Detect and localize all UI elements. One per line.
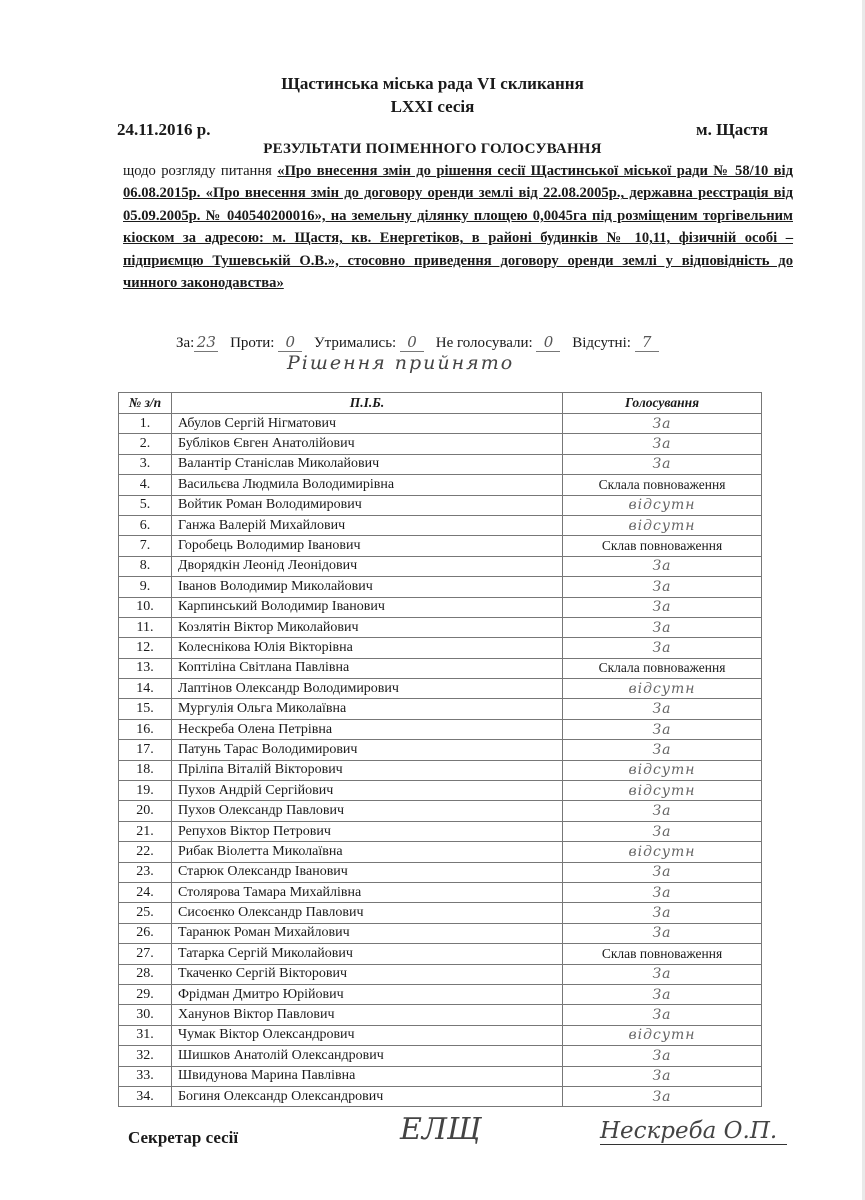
member-name: Старюк Олександр Іванович — [172, 862, 563, 882]
row-number: 13. — [119, 658, 172, 678]
table-row: 12.Колеснікова Юлія ВікторівнаЗа — [119, 638, 762, 658]
subject-paragraph: щодо розгляду питання «Про внесення змін… — [123, 160, 793, 294]
member-vote: За — [563, 1046, 762, 1066]
member-name: Чумак Віктор Олександрович — [172, 1025, 563, 1045]
member-name: Пріліпа Віталій Вікторович — [172, 760, 563, 780]
row-number: 34. — [119, 1086, 172, 1106]
member-vote: За — [563, 577, 762, 597]
row-number: 20. — [119, 801, 172, 821]
col-vote: Голосування — [563, 393, 762, 414]
member-vote: відсутн — [563, 679, 762, 699]
row-number: 12. — [119, 638, 172, 658]
member-vote: За — [563, 699, 762, 719]
row-number: 14. — [119, 679, 172, 699]
member-name: Іванов Володимир Миколайович — [172, 577, 563, 597]
table-row: 22.Рибак Віолетта Миколаївнавідсутн — [119, 842, 762, 862]
table-row: 30.Ханунов Віктор ПавловичЗа — [119, 1005, 762, 1025]
table-row: 9.Іванов Володимир МиколайовичЗа — [119, 577, 762, 597]
row-number: 32. — [119, 1046, 172, 1066]
row-number: 33. — [119, 1066, 172, 1086]
table-row: 21.Репухов Віктор ПетровичЗа — [119, 821, 762, 841]
abstained-value: 0 — [400, 333, 424, 352]
member-vote: відсутн — [563, 760, 762, 780]
member-name: Лаптінов Олександр Володимирович — [172, 679, 563, 699]
member-name: Фрідман Дмитро Юрійович — [172, 984, 563, 1004]
table-row: 6.Ганжа Валерій Михайловичвідсутн — [119, 515, 762, 535]
member-vote: За — [563, 984, 762, 1004]
table-row: 33.Швидунова Марина ПавлівнаЗа — [119, 1066, 762, 1086]
member-name: Столярова Тамара Михайлівна — [172, 882, 563, 902]
table-row: 4.Васильєва Людмила ВолодимирівнаСклала … — [119, 475, 762, 495]
member-name: Бубліков Євген Анатолійович — [172, 434, 563, 454]
row-number: 7. — [119, 536, 172, 556]
row-number: 19. — [119, 781, 172, 801]
against-label: Проти: — [230, 335, 274, 351]
member-name: Абулов Сергій Нігматович — [172, 414, 563, 434]
member-vote: За — [563, 1005, 762, 1025]
table-row: 3.Валантір Станіслав МиколайовичЗа — [119, 454, 762, 474]
document-title: РЕЗУЛЬТАТИ ПОІМЕННОГО ГОЛОСУВАННЯ — [0, 141, 865, 158]
row-number: 17. — [119, 740, 172, 760]
member-name: Репухов Віктор Петрович — [172, 821, 563, 841]
member-vote: Склала повноваження — [563, 658, 762, 678]
member-vote: відсутн — [563, 1025, 762, 1045]
not-voted-label: Не голосували: — [436, 335, 533, 351]
row-number: 26. — [119, 923, 172, 943]
member-vote: За — [563, 638, 762, 658]
table-row: 14.Лаптінов Олександр Володимировичвідсу… — [119, 679, 762, 699]
member-name: Карпинський Володимир Іванович — [172, 597, 563, 617]
table-row: 7.Горобець Володимир ІвановичСклав повно… — [119, 536, 762, 556]
row-number: 10. — [119, 597, 172, 617]
member-name: Коптіліна Світлана Павлівна — [172, 658, 563, 678]
vote-table: № з/п П.І.Б. Голосування 1.Абулов Сергій… — [118, 392, 762, 1107]
member-name: Ханунов Віктор Павлович — [172, 1005, 563, 1025]
member-name: Патунь Тарас Володимирович — [172, 740, 563, 760]
member-name: Горобець Володимир Іванович — [172, 536, 563, 556]
table-row: 20.Пухов Олександр ПавловичЗа — [119, 801, 762, 821]
session-title: LXXI сесія — [0, 97, 865, 117]
absent-value: 7 — [635, 333, 659, 352]
col-name: П.І.Б. — [172, 393, 563, 414]
row-number: 16. — [119, 719, 172, 739]
member-name: Богиня Олександр Олександрович — [172, 1086, 563, 1106]
table-row: 8.Дворядкін Леонід ЛеонідовичЗа — [119, 556, 762, 576]
member-vote: Склав повноваження — [563, 536, 762, 556]
table-row: 1.Абулов Сергій НігматовичЗа — [119, 414, 762, 434]
member-vote: відсутн — [563, 842, 762, 862]
member-name: Татарка Сергій Миколайович — [172, 944, 563, 964]
absent-label: Відсутні: — [572, 335, 631, 351]
member-vote: За — [563, 740, 762, 760]
member-name: Дворядкін Леонід Леонідович — [172, 556, 563, 576]
member-vote: За — [563, 964, 762, 984]
table-row: 16.Нескреба Олена ПетрівнаЗа — [119, 719, 762, 739]
member-vote: За — [563, 556, 762, 576]
member-vote: За — [563, 903, 762, 923]
member-vote: За — [563, 882, 762, 902]
member-vote: За — [563, 434, 762, 454]
row-number: 21. — [119, 821, 172, 841]
row-number: 28. — [119, 964, 172, 984]
vote-totals: За:23 Проти: 0 Утримались: 0 Не голосува… — [176, 333, 667, 352]
row-number: 1. — [119, 414, 172, 434]
row-number: 4. — [119, 475, 172, 495]
member-vote: За — [563, 414, 762, 434]
member-vote: За — [563, 1066, 762, 1086]
member-name: Ткаченко Сергій Вікторович — [172, 964, 563, 984]
table-row: 34.Богиня Олександр ОлександровичЗа — [119, 1086, 762, 1106]
row-number: 23. — [119, 862, 172, 882]
table-row: 23.Старюк Олександр ІвановичЗа — [119, 862, 762, 882]
row-number: 25. — [119, 903, 172, 923]
row-number: 30. — [119, 1005, 172, 1025]
row-number: 5. — [119, 495, 172, 515]
table-row: 19.Пухов Андрій Сергійовичвідсутн — [119, 781, 762, 801]
table-row: 26.Таранюк Роман МихайловичЗа — [119, 923, 762, 943]
secretary-signature: ЕЛЩ — [400, 1112, 481, 1147]
table-row: 5.Войтик Роман Володимировичвідсутн — [119, 495, 762, 515]
member-vote: За — [563, 597, 762, 617]
row-number: 15. — [119, 699, 172, 719]
subject-intro: щодо розгляду питання — [123, 163, 277, 179]
member-vote: За — [563, 617, 762, 637]
table-row: 32.Шишков Анатолій ОлександровичЗа — [119, 1046, 762, 1066]
document-city: м. Щастя — [696, 120, 768, 140]
council-title: Щастинська міська рада VI скликання — [0, 74, 865, 94]
member-vote: За — [563, 862, 762, 882]
secretary-name-handwritten: Нескреба О.П. — [600, 1118, 787, 1145]
subject-text: «Про внесення змін до рішення сесії Щаст… — [123, 163, 793, 291]
table-row: 31.Чумак Віктор Олександровичвідсутн — [119, 1025, 762, 1045]
member-name: Пухов Андрій Сергійович — [172, 781, 563, 801]
row-number: 18. — [119, 760, 172, 780]
row-number: 8. — [119, 556, 172, 576]
for-label: За: — [176, 335, 194, 351]
member-name: Васильєва Людмила Володимирівна — [172, 475, 563, 495]
row-number: 2. — [119, 434, 172, 454]
table-row: 11.Козлятін Віктор МиколайовичЗа — [119, 617, 762, 637]
abstained-label: Утримались: — [314, 335, 396, 351]
row-number: 6. — [119, 515, 172, 535]
row-number: 27. — [119, 944, 172, 964]
for-value: 23 — [194, 333, 218, 352]
member-name: Рибак Віолетта Миколаївна — [172, 842, 563, 862]
member-name: Таранюк Роман Михайлович — [172, 923, 563, 943]
table-row: 24.Столярова Тамара МихайлівнаЗа — [119, 882, 762, 902]
member-name: Мургулія Ольга Миколаївна — [172, 699, 563, 719]
against-value: 0 — [278, 333, 302, 352]
decision-handwritten: Рішення прийнято — [287, 352, 514, 374]
row-number: 11. — [119, 617, 172, 637]
table-row: 15.Мургулія Ольга МиколаївнаЗа — [119, 699, 762, 719]
table-row: 10.Карпинський Володимир ІвановичЗа — [119, 597, 762, 617]
member-vote: Склала повноваження — [563, 475, 762, 495]
member-vote: відсутн — [563, 495, 762, 515]
row-number: 22. — [119, 842, 172, 862]
table-header-row: № з/п П.І.Б. Голосування — [119, 393, 762, 414]
table-row: 28.Ткаченко Сергій ВікторовичЗа — [119, 964, 762, 984]
table-row: 13.Коптіліна Світлана ПавлівнаСклала пов… — [119, 658, 762, 678]
member-vote: відсутн — [563, 781, 762, 801]
table-row: 29.Фрідман Дмитро ЮрійовичЗа — [119, 984, 762, 1004]
col-number: № з/п — [119, 393, 172, 414]
table-row: 18.Пріліпа Віталій Вікторовичвідсутн — [119, 760, 762, 780]
member-name: Сисоєнко Олександр Павлович — [172, 903, 563, 923]
member-name: Ганжа Валерій Михайлович — [172, 515, 563, 535]
not-voted-value: 0 — [536, 333, 560, 352]
member-name: Колеснікова Юлія Вікторівна — [172, 638, 563, 658]
secretary-label: Секретар сесії — [128, 1128, 238, 1148]
row-number: 9. — [119, 577, 172, 597]
row-number: 24. — [119, 882, 172, 902]
member-vote: За — [563, 1086, 762, 1106]
member-vote: Склав повноваження — [563, 944, 762, 964]
row-number: 31. — [119, 1025, 172, 1045]
member-vote: За — [563, 923, 762, 943]
member-name: Войтик Роман Володимирович — [172, 495, 563, 515]
member-name: Нескреба Олена Петрівна — [172, 719, 563, 739]
member-name: Валантір Станіслав Миколайович — [172, 454, 563, 474]
row-number: 3. — [119, 454, 172, 474]
member-name: Пухов Олександр Павлович — [172, 801, 563, 821]
member-vote: За — [563, 801, 762, 821]
document-date: 24.11.2016 р. — [117, 120, 211, 140]
table-row: 2.Бубліков Євген АнатолійовичЗа — [119, 434, 762, 454]
table-row: 25.Сисоєнко Олександр ПавловичЗа — [119, 903, 762, 923]
table-row: 17.Патунь Тарас ВолодимировичЗа — [119, 740, 762, 760]
member-name: Шишков Анатолій Олександрович — [172, 1046, 563, 1066]
row-number: 29. — [119, 984, 172, 1004]
member-name: Швидунова Марина Павлівна — [172, 1066, 563, 1086]
table-row: 27.Татарка Сергій МиколайовичСклав повно… — [119, 944, 762, 964]
member-vote: За — [563, 719, 762, 739]
member-vote: За — [563, 821, 762, 841]
member-vote: відсутн — [563, 515, 762, 535]
member-name: Козлятін Віктор Миколайович — [172, 617, 563, 637]
member-vote: За — [563, 454, 762, 474]
